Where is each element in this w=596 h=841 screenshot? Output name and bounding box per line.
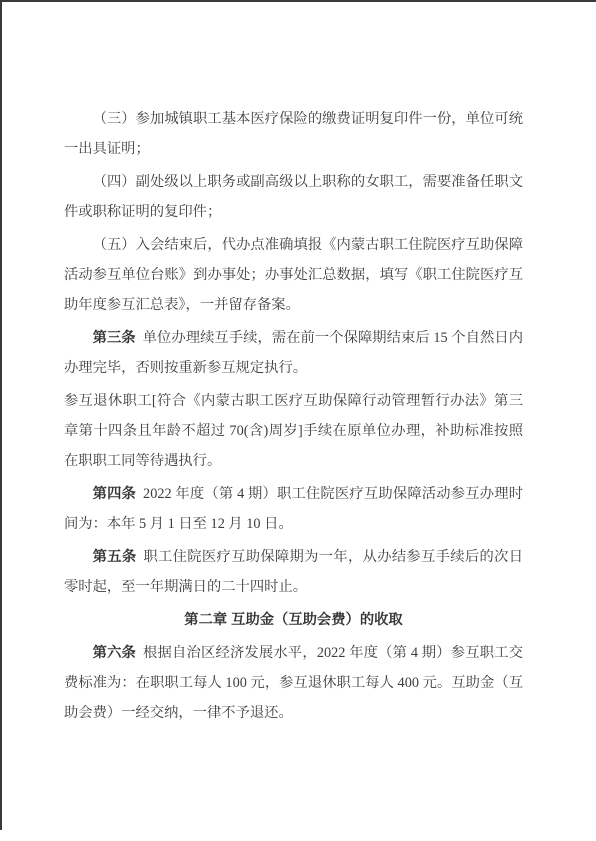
- article-paragraph-5: 第五条职工住院医疗互助保障期为一年，从办结参互手续后的次日零时起，至一年期满日的…: [64, 542, 523, 602]
- document-body: （三）参加城镇职工基本医疗保险的缴费证明复印件一份，单位可统一出具证明； （四）…: [64, 104, 523, 731]
- page-top-edge-line: [0, 0, 596, 2]
- retiree-note-paragraph: 参互退休职工[符合《内蒙古职工医疗互助保障行动管理暂行办法》第三章第十四条且年龄…: [64, 386, 523, 476]
- article-number-label: 第六条: [93, 645, 136, 661]
- chapter-heading-text: 第二章 互助金（互助会费）的收取: [184, 612, 402, 628]
- paragraph-text: 参互退休职工[符合《内蒙古职工医疗互助保障行动管理暂行办法》第三章第十四条且年龄…: [64, 393, 523, 469]
- article-number-label: 第三条: [93, 330, 136, 346]
- paragraph-text: （三）参加城镇职工基本医疗保险的缴费证明复印件一份，单位可统一出具证明；: [64, 111, 523, 157]
- article-number-label: 第五条: [93, 549, 137, 565]
- paragraph-item-5: （五）入会结束后，代办点准确填报《内蒙古职工住院医疗互助保障活动参互单位台账》到…: [64, 230, 523, 320]
- article-number-label: 第四条: [93, 486, 136, 502]
- paragraph-text: （四）副处级以上职务或副高级以上职称的女职工，需要准备任职文件或职称证明的复印件…: [64, 174, 523, 220]
- article-paragraph-4: 第四条2022 年度（第 4 期）职工住院医疗互助保障活动参互办理时间为：本年 …: [64, 479, 523, 539]
- paragraph-text: （五）入会结束后，代办点准确填报《内蒙古职工住院医疗互助保障活动参互单位台账》到…: [64, 237, 523, 313]
- article-paragraph-6: 第六条根据自治区经济发展水平，2022 年度（第 4 期）参互职工交费标准为：在…: [64, 638, 523, 728]
- page-left-edge-line: [0, 0, 2, 830]
- paragraph-item-4: （四）副处级以上职务或副高级以上职称的女职工，需要准备任职文件或职称证明的复印件…: [64, 167, 523, 227]
- paragraph-item-3: （三）参加城镇职工基本医疗保险的缴费证明复印件一份，单位可统一出具证明；: [64, 104, 523, 164]
- chapter-heading: 第二章 互助金（互助会费）的收取: [64, 605, 523, 635]
- article-paragraph-3: 第三条单位办理续互手续，需在前一个保障期结束后 15 个自然日内办理完毕，否则按…: [64, 323, 523, 383]
- document-page: （三）参加城镇职工基本医疗保险的缴费证明复印件一份，单位可统一出具证明； （四）…: [0, 0, 596, 841]
